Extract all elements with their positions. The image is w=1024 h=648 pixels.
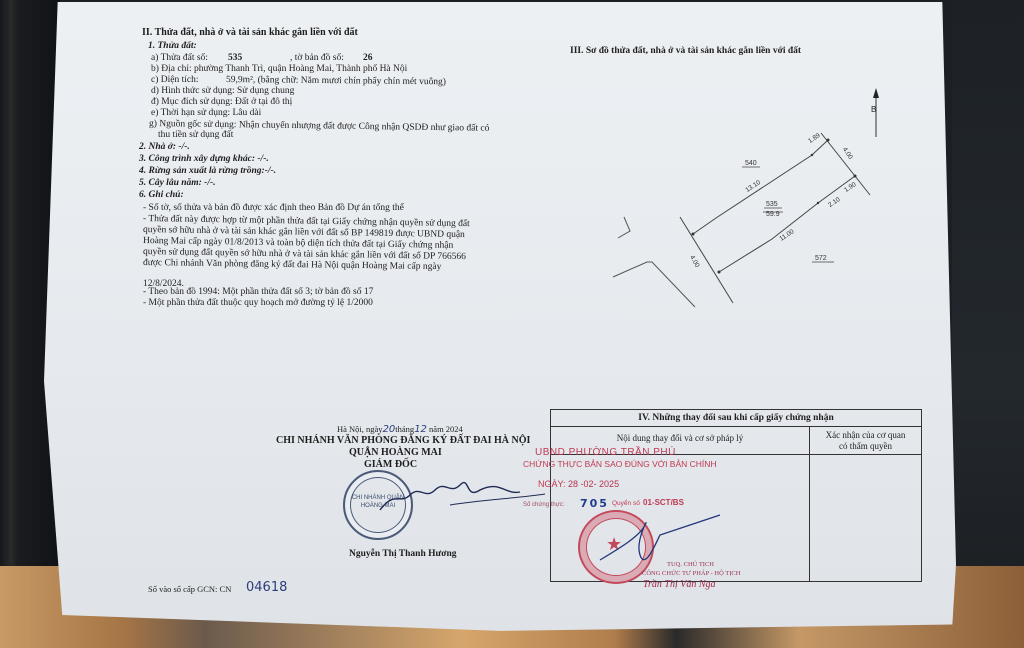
col2-header-line1: Xác nhận của cơ quan <box>810 430 921 441</box>
col2-header: Xác nhận của cơ quan có thẩm quyền <box>810 427 921 451</box>
forest-item: 4. Rừng sản xuất là rừng trồng:-/-. <box>139 166 276 177</box>
map-number-value: 26 <box>363 53 373 64</box>
certifier-name: Trần Thị Vân Nga <box>643 579 716 590</box>
usage-origin-cont: thu tiền sử dụng đất <box>158 130 233 141</box>
col2-header-line2: có thẩm quyền <box>810 441 921 452</box>
land-number-value: 535 <box>228 53 242 64</box>
background-right <box>952 0 1024 648</box>
section3-title: III. Sơ đồ thửa đất, nhà ở và tài sản kh… <box>570 46 801 56</box>
stamp-book-label: Quyển số <box>612 500 640 507</box>
note-line: - Số tờ, số thửa và bản đồ được xác định… <box>143 203 404 214</box>
land-number-label: a) Thửa đất số: <box>151 53 208 64</box>
section2-title: II. Thửa đất, nhà ở và tài sản khác gắn … <box>142 27 358 38</box>
star-icon: ★ <box>606 534 622 555</box>
registry-label: Số vào sổ cấp GCN: CN <box>148 584 231 595</box>
usage-purpose: đ) Mục đích sử dụng: Đất ở tại đô thị <box>151 97 292 108</box>
stamp-line1: UBND PHƯỜNG TRẦN PHÚ <box>535 447 676 458</box>
certifier-title2: CÔNG CHỨC TƯ PHÁP - HỘ TỊCH <box>642 570 740 577</box>
perennial-item: 5. Cây lâu năm: -/-. <box>139 178 216 189</box>
area-label: c) Diện tích: <box>151 75 198 86</box>
stamp-date: NGÀY: 28 -02- 2025 <box>538 479 619 489</box>
house-item: 2. Nhà ở: -/-. <box>139 142 190 153</box>
construction-item: 3. Công trình xây dựng khác: -/-. <box>139 154 269 165</box>
stamp-line2: CHỨNG THỰC BẢN SAO ĐÚNG VỚI BẢN CHÍNH <box>523 459 717 469</box>
notes-heading: 6. Ghi chú: <box>139 190 184 201</box>
map-number-label: , tờ bản đồ số: <box>290 53 344 64</box>
certifier-title1: TUQ. CHỦ TỊCH <box>667 561 714 568</box>
stamp-number-label: Số chứng thực: <box>523 502 564 508</box>
note-line: - Theo bản đồ 1994: Một phần thửa đất số… <box>143 287 373 298</box>
year-label: năm 2024 <box>429 424 463 434</box>
day-handwritten: 20 <box>383 424 396 435</box>
neighbor-572: 572 <box>815 255 827 262</box>
registry-number: 04618 <box>246 580 287 595</box>
parcel-id: 535 <box>766 201 778 208</box>
office-seal: CHI NHÁNH QUẬN HOÀNG MAI <box>343 470 413 540</box>
place-date: Hà Nội, ngày20tháng12 năm 2024 <box>337 424 463 436</box>
stamp-date-label: NGÀY: <box>538 479 566 489</box>
stamp-date-value: 28 -02- 2025 <box>568 479 619 489</box>
address: b) Địa chỉ: phường Thanh Trì, quận Hoàng… <box>151 64 407 75</box>
month-handwritten: 12 <box>414 424 427 435</box>
note-line: - Một phần thửa đất thuộc quy hoạch mở đ… <box>143 298 373 309</box>
north-label: B <box>871 105 876 114</box>
stamp-book-value: 01-SCT/BS <box>643 498 684 507</box>
org-line1: CHI NHÁNH VĂN PHÒNG ĐĂNG KÝ ĐẤT ĐAI HÀ N… <box>276 435 530 446</box>
land-heading: 1. Thửa đất: <box>148 41 197 52</box>
org-line2: QUẬN HOÀNG MAI <box>349 447 442 458</box>
signer-name: Nguyễn Thị Thanh Hương <box>349 549 457 559</box>
month-label: tháng <box>395 424 414 434</box>
stamp-number-value: 705 <box>580 497 609 510</box>
director-title: GIÁM ĐỐC <box>364 459 417 470</box>
col1-header: Nội dung thay đổi và cơ sở pháp lý <box>551 427 809 449</box>
parcel-area: 59.9 <box>766 211 780 218</box>
place-date-prefix: Hà Nội, ngày <box>337 424 383 434</box>
neighbor-540: 540 <box>745 160 757 167</box>
section4-title: IV. Những thay đổi sau khi cấp giấy chứn… <box>551 410 921 427</box>
usage-term: e) Thời hạn sử dụng: Lâu dài <box>151 108 261 119</box>
usage-form: d) Hình thức sử dụng: Sử dụng chung <box>151 86 294 97</box>
seal-text: CHI NHÁNH QUẬN HOÀNG MAI <box>351 494 405 510</box>
